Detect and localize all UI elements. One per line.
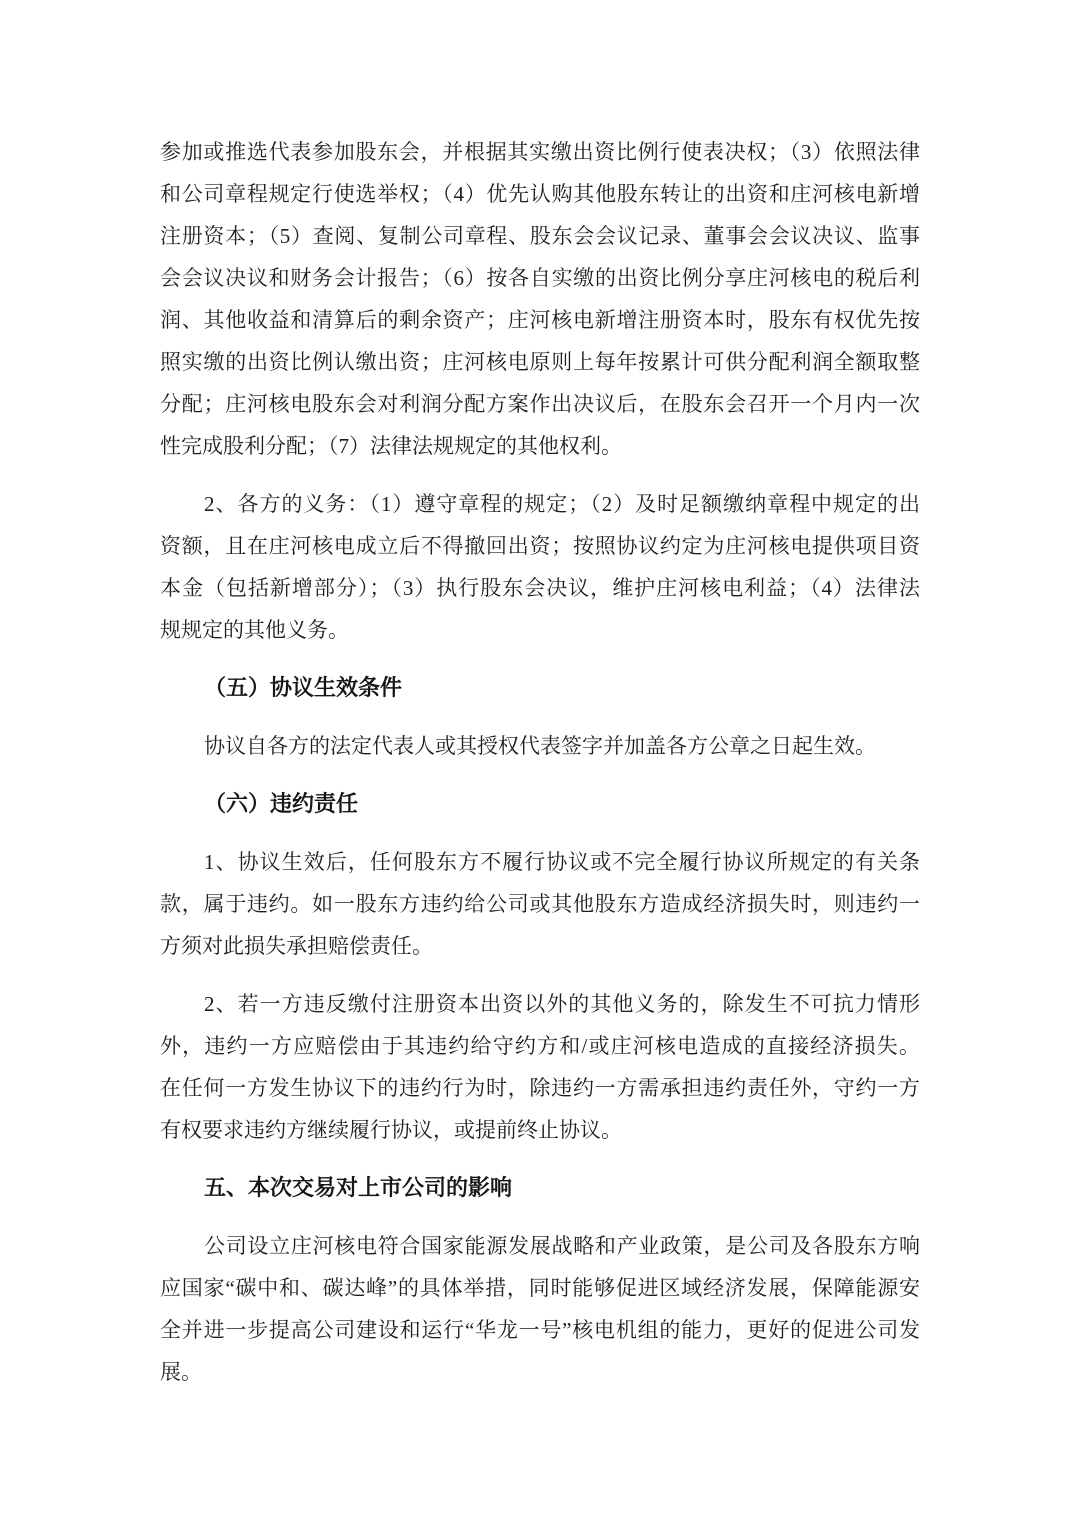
text-line: 资额，且在庄河核电成立后不得撤回出资；按照协议约定为庄河核电提供项目资 (160, 525, 920, 567)
document-content: 参加或推选代表参加股东会，并根据其实缴出资比例行使表决权；（3）依照法律和公司章… (160, 131, 920, 1409)
text-line: 外，违约一方应赔偿由于其违约给守约方和/或庄河核电造成的直接经济损失。 (160, 1025, 920, 1067)
section-heading: （六）违约责任 (160, 783, 920, 825)
text-line: 款，属于违约。如一股东方违约给公司或其他股东方造成经济损失时，则违约一 (160, 883, 920, 925)
document-page: 参加或推选代表参加股东会，并根据其实缴出资比例行使表决权；（3）依照法律和公司章… (0, 0, 1080, 1527)
text-line: 照实缴的出资比例认缴出资；庄河核电原则上每年按累计可供分配利润全额取整 (160, 341, 920, 383)
text-line: 方须对此损失承担赔偿责任。 (160, 925, 920, 967)
text-line: 协议自各方的法定代表人或其授权代表签字并加盖各方公章之日起生效。 (160, 725, 920, 767)
text-line: 2、若一方违反缴付注册资本出资以外的其他义务的，除发生不可抗力情形 (160, 983, 920, 1025)
text-line: 和公司章程规定行使选举权；（4）优先认购其他股东转让的出资和庄河核电新增 (160, 173, 920, 215)
text-line: 展。 (160, 1351, 920, 1393)
text-line: 全并进一步提高公司建设和运行“华龙一号”核电机组的能力，更好的促进公司发 (160, 1309, 920, 1351)
paragraph: 参加或推选代表参加股东会，并根据其实缴出资比例行使表决权；（3）依照法律和公司章… (160, 131, 920, 467)
text-line: 2、各方的义务：（1）遵守章程的规定；（2）及时足额缴纳章程中规定的出 (160, 483, 920, 525)
paragraph: 1、协议生效后，任何股东方不履行协议或不完全履行协议所规定的有关条款，属于违约。… (160, 841, 920, 967)
text-line: 在任何一方发生协议下的违约行为时，除违约一方需承担违约责任外，守约一方 (160, 1067, 920, 1109)
text-line: 参加或推选代表参加股东会，并根据其实缴出资比例行使表决权；（3）依照法律 (160, 131, 920, 173)
paragraph: 协议自各方的法定代表人或其授权代表签字并加盖各方公章之日起生效。 (160, 725, 920, 767)
heading-text: （六）违约责任 (160, 783, 920, 825)
text-line: 本金（包括新增部分）；（3）执行股东会决议，维护庄河核电利益；（4）法律法 (160, 567, 920, 609)
text-line: 注册资本；（5）查阅、复制公司章程、股东会会议记录、董事会会议决议、监事 (160, 215, 920, 257)
text-line: 应国家“碳中和、碳达峰”的具体举措，同时能够促进区域经济发展，保障能源安 (160, 1267, 920, 1309)
text-line: 有权要求违约方继续履行协议，或提前终止协议。 (160, 1109, 920, 1151)
paragraph: 2、各方的义务：（1）遵守章程的规定；（2）及时足额缴纳章程中规定的出资额，且在… (160, 483, 920, 651)
section-heading: 五、本次交易对上市公司的影响 (160, 1167, 920, 1209)
text-line: 分配；庄河核电股东会对利润分配方案作出决议后，在股东会召开一个月内一次 (160, 383, 920, 425)
section-heading: （五）协议生效条件 (160, 667, 920, 709)
heading-text: （五）协议生效条件 (160, 667, 920, 709)
paragraph: 公司设立庄河核电符合国家能源发展战略和产业政策，是公司及各股东方响应国家“碳中和… (160, 1225, 920, 1393)
paragraph: 2、若一方违反缴付注册资本出资以外的其他义务的，除发生不可抗力情形外，违约一方应… (160, 983, 920, 1151)
text-line: 性完成股利分配；（7）法律法规规定的其他权利。 (160, 425, 920, 467)
heading-text: 五、本次交易对上市公司的影响 (160, 1167, 920, 1209)
text-line: 1、协议生效后，任何股东方不履行协议或不完全履行协议所规定的有关条 (160, 841, 920, 883)
text-line: 会会议决议和财务会计报告；（6）按各自实缴的出资比例分享庄河核电的税后利 (160, 257, 920, 299)
text-line: 公司设立庄河核电符合国家能源发展战略和产业政策，是公司及各股东方响 (160, 1225, 920, 1267)
text-line: 规规定的其他义务。 (160, 609, 920, 651)
text-line: 润、其他收益和清算后的剩余资产；庄河核电新增注册资本时，股东有权优先按 (160, 299, 920, 341)
